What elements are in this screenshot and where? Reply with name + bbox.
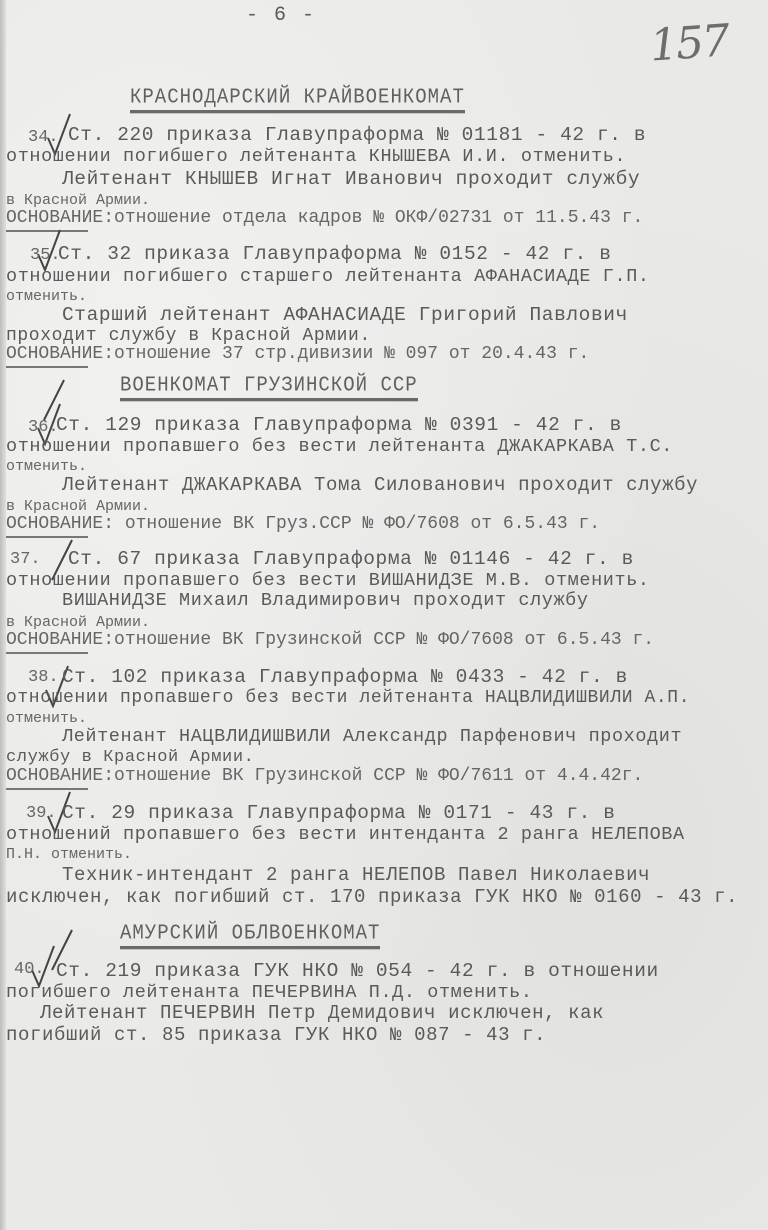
basis-underline <box>6 366 88 368</box>
entry-number: 34. <box>28 128 59 147</box>
entry-number: 36. <box>28 418 59 437</box>
entry-line: в Красной Армии. <box>6 498 150 515</box>
entry-line: Лейтенант ДЖАКАРКАВА Тома Силованович пр… <box>62 474 698 496</box>
basis-label: ОСНОВАНИЕ <box>6 344 103 364</box>
entry-line: Ст. 67 приказа Главупраформа № 01146 - 4… <box>68 548 634 570</box>
entry-line: отношении погибшего старшего лейтенанта … <box>6 266 650 287</box>
entry-line: отношений пропавшего без вести интендант… <box>6 824 685 845</box>
basis-label: ОСНОВАНИЕ <box>6 514 103 534</box>
entry-line: Техник-интендант 2 ранга НЕЛЕПОВ Павел Н… <box>62 864 650 886</box>
basis-label: ОСНОВАНИЕ <box>6 766 103 786</box>
basis-text: :отношение ВК Грузинской ССР № ФО/7608 о… <box>103 630 654 650</box>
entry-line: проходит службу в Красной Армии. <box>6 326 371 346</box>
entry-line: ВИШАНИДЗЕ Михаил Владимирович проходит с… <box>62 590 589 611</box>
entry-line: отменить. <box>6 710 87 727</box>
basis-underline <box>6 536 88 538</box>
entry-line: в Красной Армии. <box>6 614 150 631</box>
basis-line: ОСНОВАНИЕ:отношение отдела кадров № ОКФ/… <box>6 208 643 228</box>
handwritten-folio-number: 157 <box>648 15 729 71</box>
entry-line: отношении пропавшего без вести лейтенант… <box>6 436 673 457</box>
entry-line: отношении пропавшего без вести лейтенант… <box>6 688 690 708</box>
entry-line: Старший лейтенант АФАНАСИАДЕ Григорий Па… <box>62 304 628 326</box>
basis-text: :отношение 37 стр.дивизии № 097 от 20.4.… <box>103 344 589 364</box>
entry-line: Ст. 102 приказа Главупраформа № 0433 - 4… <box>62 666 628 688</box>
entry-line: исключен, как погибший ст. 170 приказа Г… <box>6 886 738 908</box>
basis-line: ОСНОВАНИЕ: отношение ВК Груз.ССР № ФО/76… <box>6 514 600 534</box>
basis-label: ОСНОВАНИЕ <box>6 630 103 650</box>
entry-line: Ст. 32 приказа Главупраформа № 0152 - 42… <box>58 243 612 265</box>
basis-text: : отношение ВК Груз.ССР № ФО/7608 от 6.5… <box>103 514 600 534</box>
section-heading-krasnodar: КРАСНОДАРСКИЙ КРАЙВОЕНКОМАТ <box>130 85 465 114</box>
entry-line: Ст. 220 приказа Главупраформа № 01181 - … <box>68 124 646 146</box>
entry-line: Лейтенант ПЕЧЕРВИН Петр Демидович исключ… <box>40 1002 604 1024</box>
entry-line: отношении погибшего лейтенанта КНЫШЕВА И… <box>6 146 626 167</box>
entry-number: 38. <box>28 668 59 687</box>
basis-line: ОСНОВАНИЕ:отношение 37 стр.дивизии № 097… <box>6 344 589 364</box>
section-heading-georgia: ВОЕНКОМАТ ГРУЗИНСКОЙ ССР <box>120 373 418 402</box>
entry-line: Ст. 29 приказа Главупраформа № 0171 - 43… <box>62 802 616 824</box>
basis-label: ОСНОВАНИЕ <box>6 208 103 228</box>
entry-line: в Красной Армии. <box>6 192 150 209</box>
entry-number: 35. <box>30 246 61 265</box>
section-heading-amur: АМУРСКИЙ ОБЛВОЕНКОМАТ <box>120 921 380 950</box>
entry-line: службу в Красной Армии. <box>6 748 254 767</box>
page-number: - 6 - <box>246 4 316 27</box>
entry-number: 40. <box>14 960 45 979</box>
entry-number: 37. <box>10 550 41 569</box>
entry-line: погибший ст. 85 приказа ГУК НКО № 087 - … <box>6 1024 546 1046</box>
entry-line: отменить. <box>6 458 87 475</box>
entry-line: отменить. <box>6 288 87 305</box>
basis-line: ОСНОВАНИЕ:отношение ВК Грузинской ССР № … <box>6 766 643 786</box>
entry-line: Лейтенант НАЦВЛИДИШВИЛИ Александр Парфен… <box>62 726 682 747</box>
entry-number: 39. <box>26 804 57 823</box>
basis-text: :отношение ВК Грузинской ССР № ФО/7611 о… <box>103 766 643 786</box>
entry-line: Ст. 129 приказа Главупраформа № 0391 - 4… <box>56 414 622 436</box>
basis-text: :отношение отдела кадров № ОКФ/02731 от … <box>103 208 643 228</box>
entry-line: Ст. 219 приказа ГУК НКО № 054 - 42 г. в … <box>56 960 659 982</box>
entry-line: отношении пропавшего без вести ВИШАНИДЗЕ… <box>6 570 650 591</box>
entry-line: Лейтенант КНЫШЕВ Игнат Иванович проходит… <box>62 168 640 190</box>
basis-underline <box>6 652 88 654</box>
entry-line: погибшего лейтенанта ПЕЧЕРВИНА П.Д. отме… <box>6 982 533 1003</box>
entry-line: П.Н. отменить. <box>6 846 132 863</box>
basis-line: ОСНОВАНИЕ:отношение ВК Грузинской ССР № … <box>6 630 654 650</box>
